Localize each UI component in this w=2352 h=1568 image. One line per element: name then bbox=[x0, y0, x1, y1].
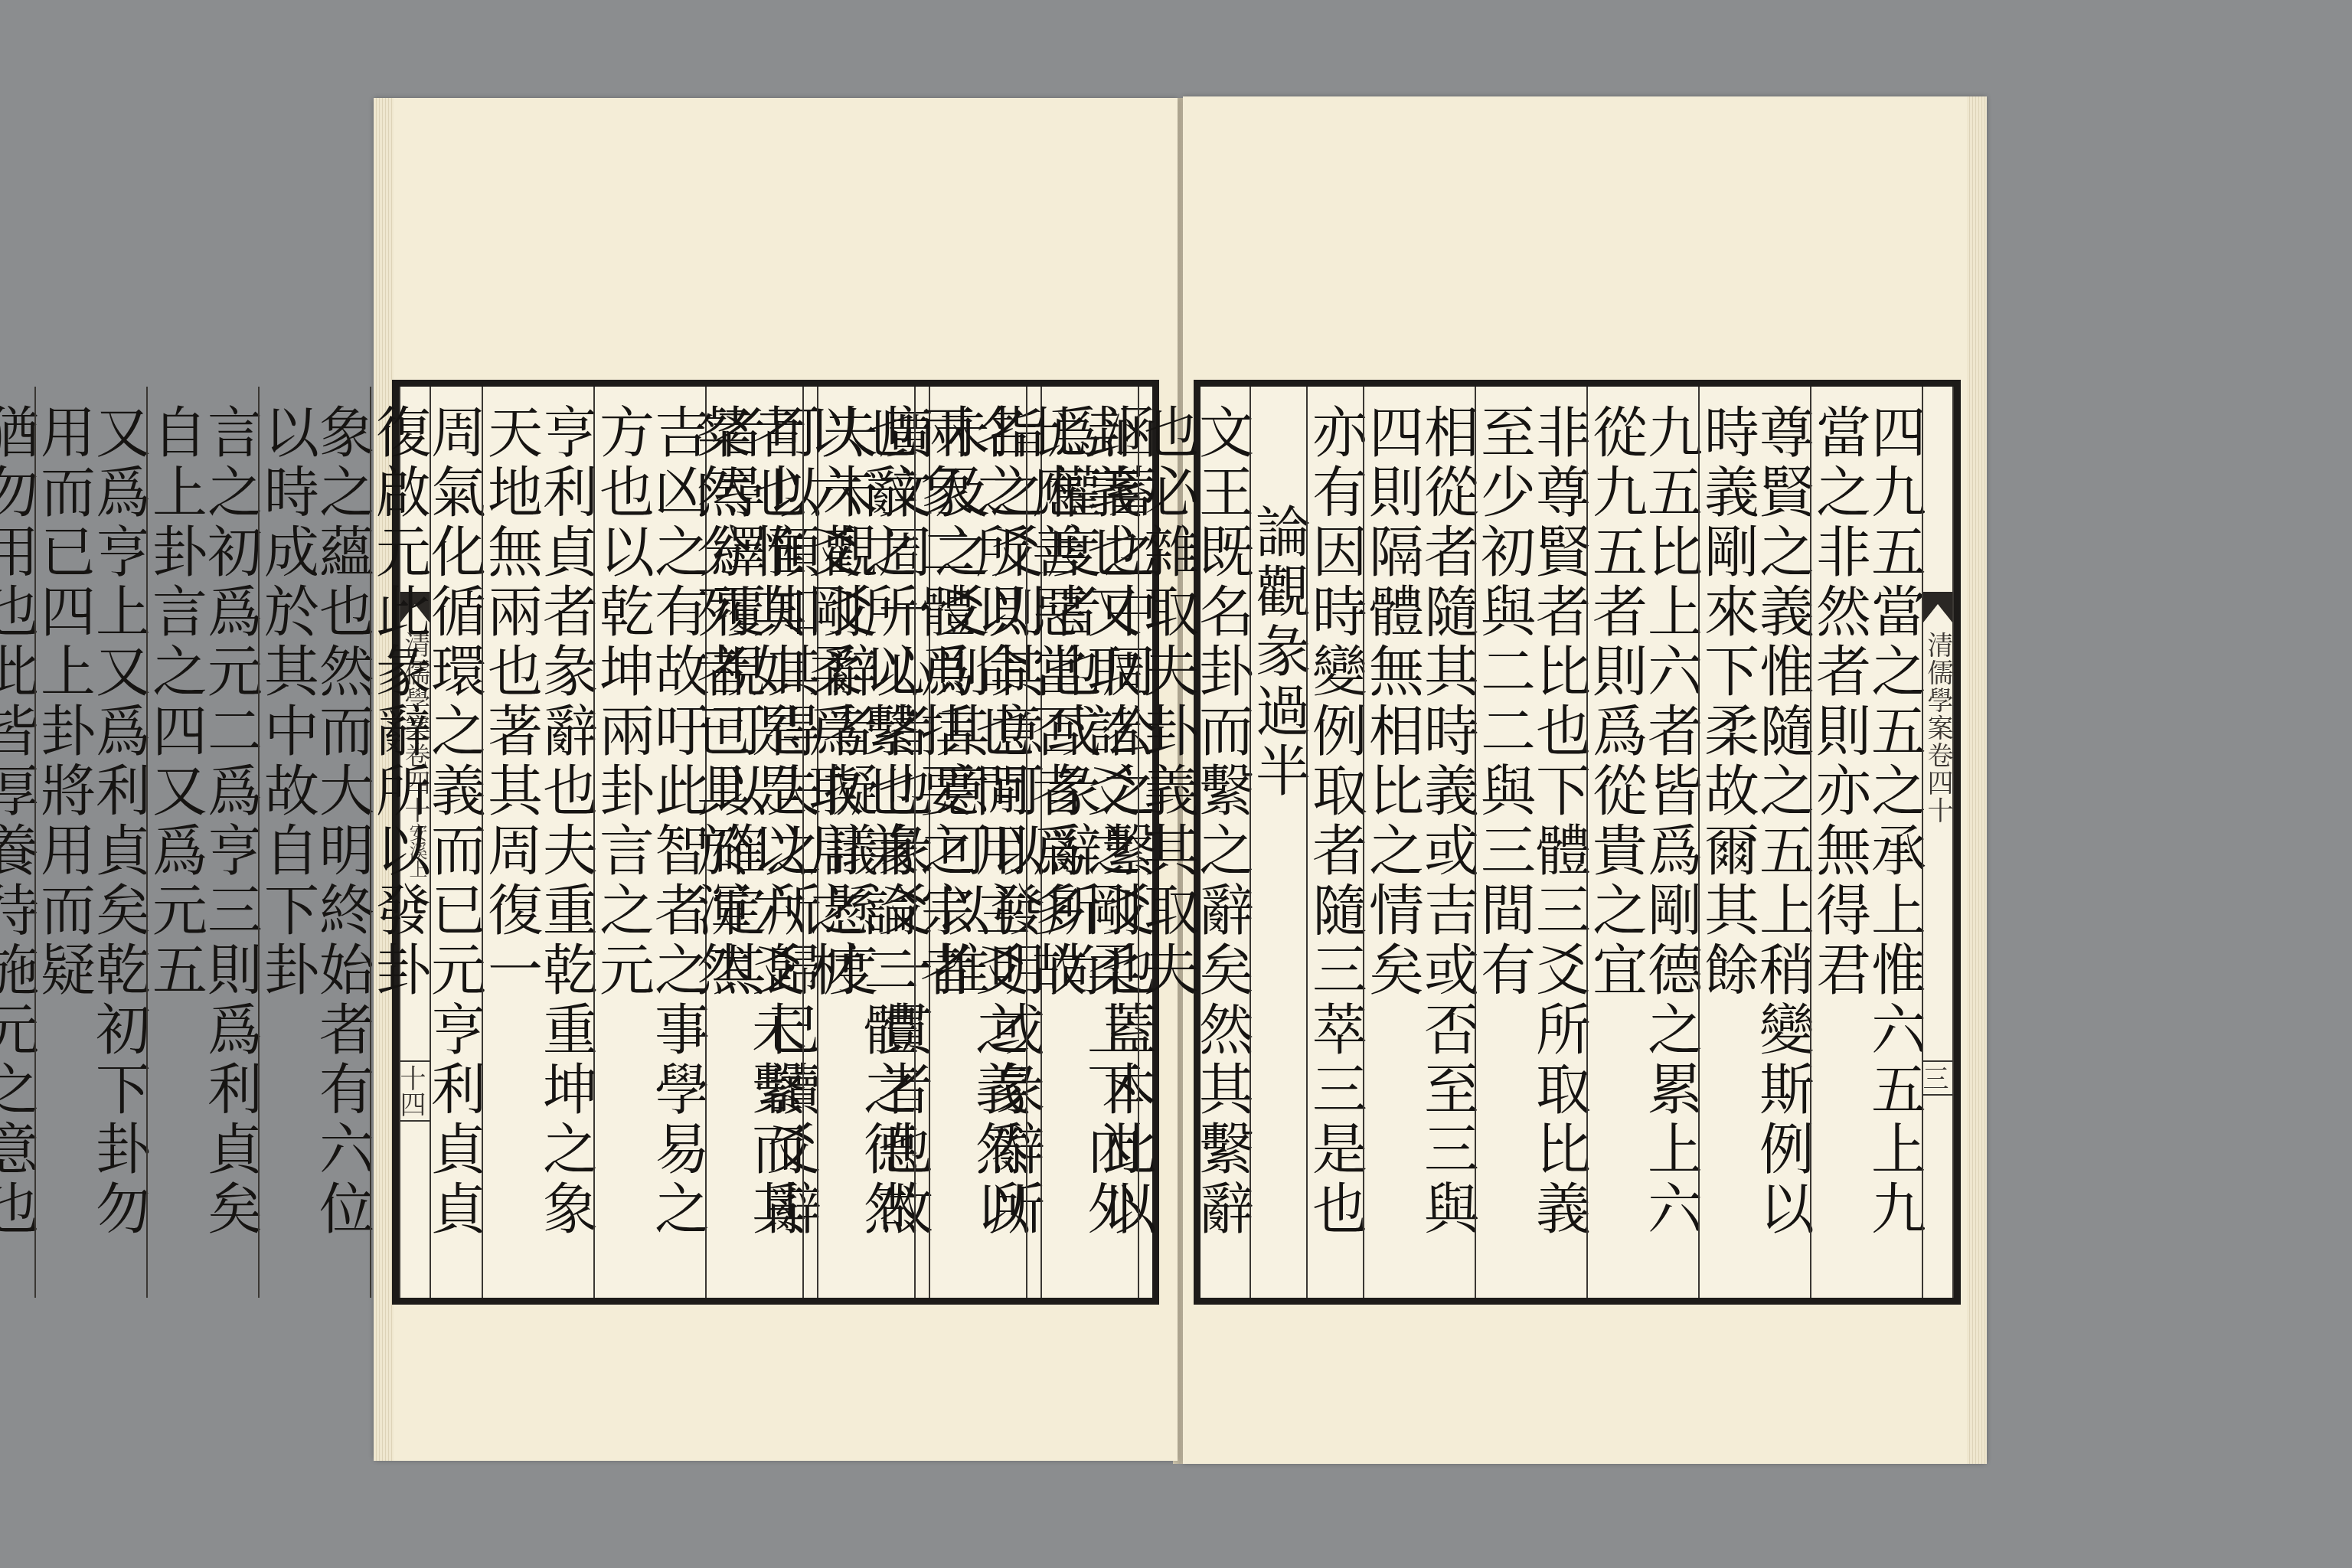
column-text: 言之初爲元二爲亨三則爲利貞矣自上卦言之四又爲元五 bbox=[148, 403, 258, 1298]
text-column: 九五比上六者皆爲剛德之累上六從九五者則爲從貴之宜 bbox=[1586, 387, 1698, 1298]
text-column: 四九五當之五之承上惟六五上九當之非然者則亦無得君 bbox=[1810, 387, 1922, 1298]
text-column: 亦有因時變例取者隨三萃三是也 bbox=[1306, 387, 1363, 1298]
right-text-frame: 四九五當之五之承上惟六五上九當之非然者則亦無得君 尊賢之義惟隨之五上稍變斯例以時… bbox=[1194, 380, 1961, 1305]
column-text: 九五比上六者皆爲剛德之累上六從九五者則爲從貴之宜 bbox=[1588, 403, 1698, 1298]
text-column: 猶勿用也此皆厚養待施元之意也二下卦以德使天下文明 bbox=[0, 387, 34, 1298]
column-text: 亦有因時變例取者隨三萃三是也 bbox=[1308, 403, 1363, 1298]
column-text: 象之蘊也然而大明終始者有六位以時成於其中故自下卦 bbox=[260, 403, 370, 1298]
text-column: 者也惟其如是是以六爻未繫而其粲然分列者已具於渾然 bbox=[692, 387, 802, 1298]
page-number: 三 bbox=[1923, 1060, 1952, 1096]
column-text: 也辭之所以繫也兼論二體之德然以六爻剛柔爲取用之材 bbox=[804, 403, 914, 1298]
column-text: 者也惟其如是是以六爻未繫而其粲然分列者已具於渾然 bbox=[692, 403, 802, 1298]
right-columns: 四九五當之五之承上惟六五上九當之非然者則亦無得君 尊賢之義惟隨之五上稍變斯例以時… bbox=[1200, 387, 1922, 1298]
text-column: 名之所以命也閒用主爻之義然以兩象二體爲括要之宗者 bbox=[914, 387, 1026, 1298]
text-column: 象之蘊也然而大明終始者有六位以時成於其中故自下卦 bbox=[258, 387, 370, 1298]
column-text: 尊賢之義惟隨之五上稍變斯例以時義剛來下柔故爾其餘 bbox=[1700, 403, 1810, 1298]
text-column: 亨利貞者彖辭也夫重乾重坤之象天地無兩也著其周復一 bbox=[482, 387, 593, 1298]
text-column: 非尊賢者比也下體三爻所取比義至少初與二二與三間有 bbox=[1475, 387, 1586, 1298]
text-column: 尊賢之義惟隨之五上稍變斯例以時義剛來下柔故爾其餘 bbox=[1698, 387, 1810, 1298]
page-edge-stack bbox=[1967, 96, 1987, 1464]
column-text: 周氣化循環之義而已元亨利貞貞復啟元此彖辭所以發卦 bbox=[371, 403, 482, 1298]
column-text: 文王既名卦而繫之辭矣然其繫辭也必雜取夫卦義其取夫 bbox=[1139, 403, 1249, 1298]
column-text: 名之所以命也閒用主爻之義然以兩象二體爲括要之宗者 bbox=[916, 403, 1026, 1298]
right-margin-strip: 清儒學案卷四十 三 bbox=[1922, 387, 1954, 1298]
section-heading: 論觀彖過半 bbox=[1251, 403, 1306, 1298]
text-column: 相從者隨其時義或吉或否至三與四則隔體無相比之情矣 bbox=[1363, 387, 1475, 1298]
column-text: 非尊賢者比也下體三爻所取比義至少初與二二與三間有 bbox=[1476, 403, 1586, 1298]
column-text: 卦義也又取諸爻之剛柔上下內外比應善惡當否者爲多故 bbox=[1027, 403, 1138, 1298]
text-column: 言之初爲元二爲亨三則爲利貞矣自上卦言之四又爲元五 bbox=[146, 387, 258, 1298]
column-text: 亨利貞者彖辭也夫重乾重坤之象天地無兩也著其周復一 bbox=[483, 403, 593, 1298]
column-text: 又爲亨上又爲利貞矣乾初下卦勿用而已四上卦將用而疑 bbox=[36, 403, 146, 1298]
text-column: 又爲亨上又爲利貞矣乾初下卦勿用而已四上卦將用而疑 bbox=[34, 387, 146, 1298]
text-column: 周氣化循環之義而已元亨利貞貞復啟元此彖辭所以發卦 bbox=[370, 387, 482, 1298]
text-column: 文王既名卦而繫之辭矣然其繫辭也必雜取夫卦義其取夫 bbox=[1138, 387, 1249, 1298]
section-heading-column: 論觀彖過半 bbox=[1249, 387, 1306, 1298]
column-text: 相從者隨其時義或吉或否至三與四則隔體無相比之情矣 bbox=[1364, 403, 1475, 1298]
column-text: 四九五當之五之承上惟六五上九當之非然者則亦無得君 bbox=[1811, 403, 1922, 1298]
column-text: 猶勿用也此皆厚養待施元之意也二下卦以德使天下文明 bbox=[0, 403, 34, 1298]
fish-tail-mark bbox=[1923, 592, 1952, 622]
right-page: 四九五當之五之承上惟六五上九當之非然者則亦無得君 尊賢之義惟隨之五上稍變斯例以時… bbox=[1183, 96, 1987, 1464]
text-column: 卦義也又取諸爻之剛柔上下內外比應善惡當否者爲多故 bbox=[1026, 387, 1138, 1298]
text-column: 也辭之所以繫也兼論二體之德然以六爻剛柔爲取用之材 bbox=[802, 387, 914, 1298]
margin-book-title: 清儒學案卷四十 bbox=[1925, 632, 1951, 825]
